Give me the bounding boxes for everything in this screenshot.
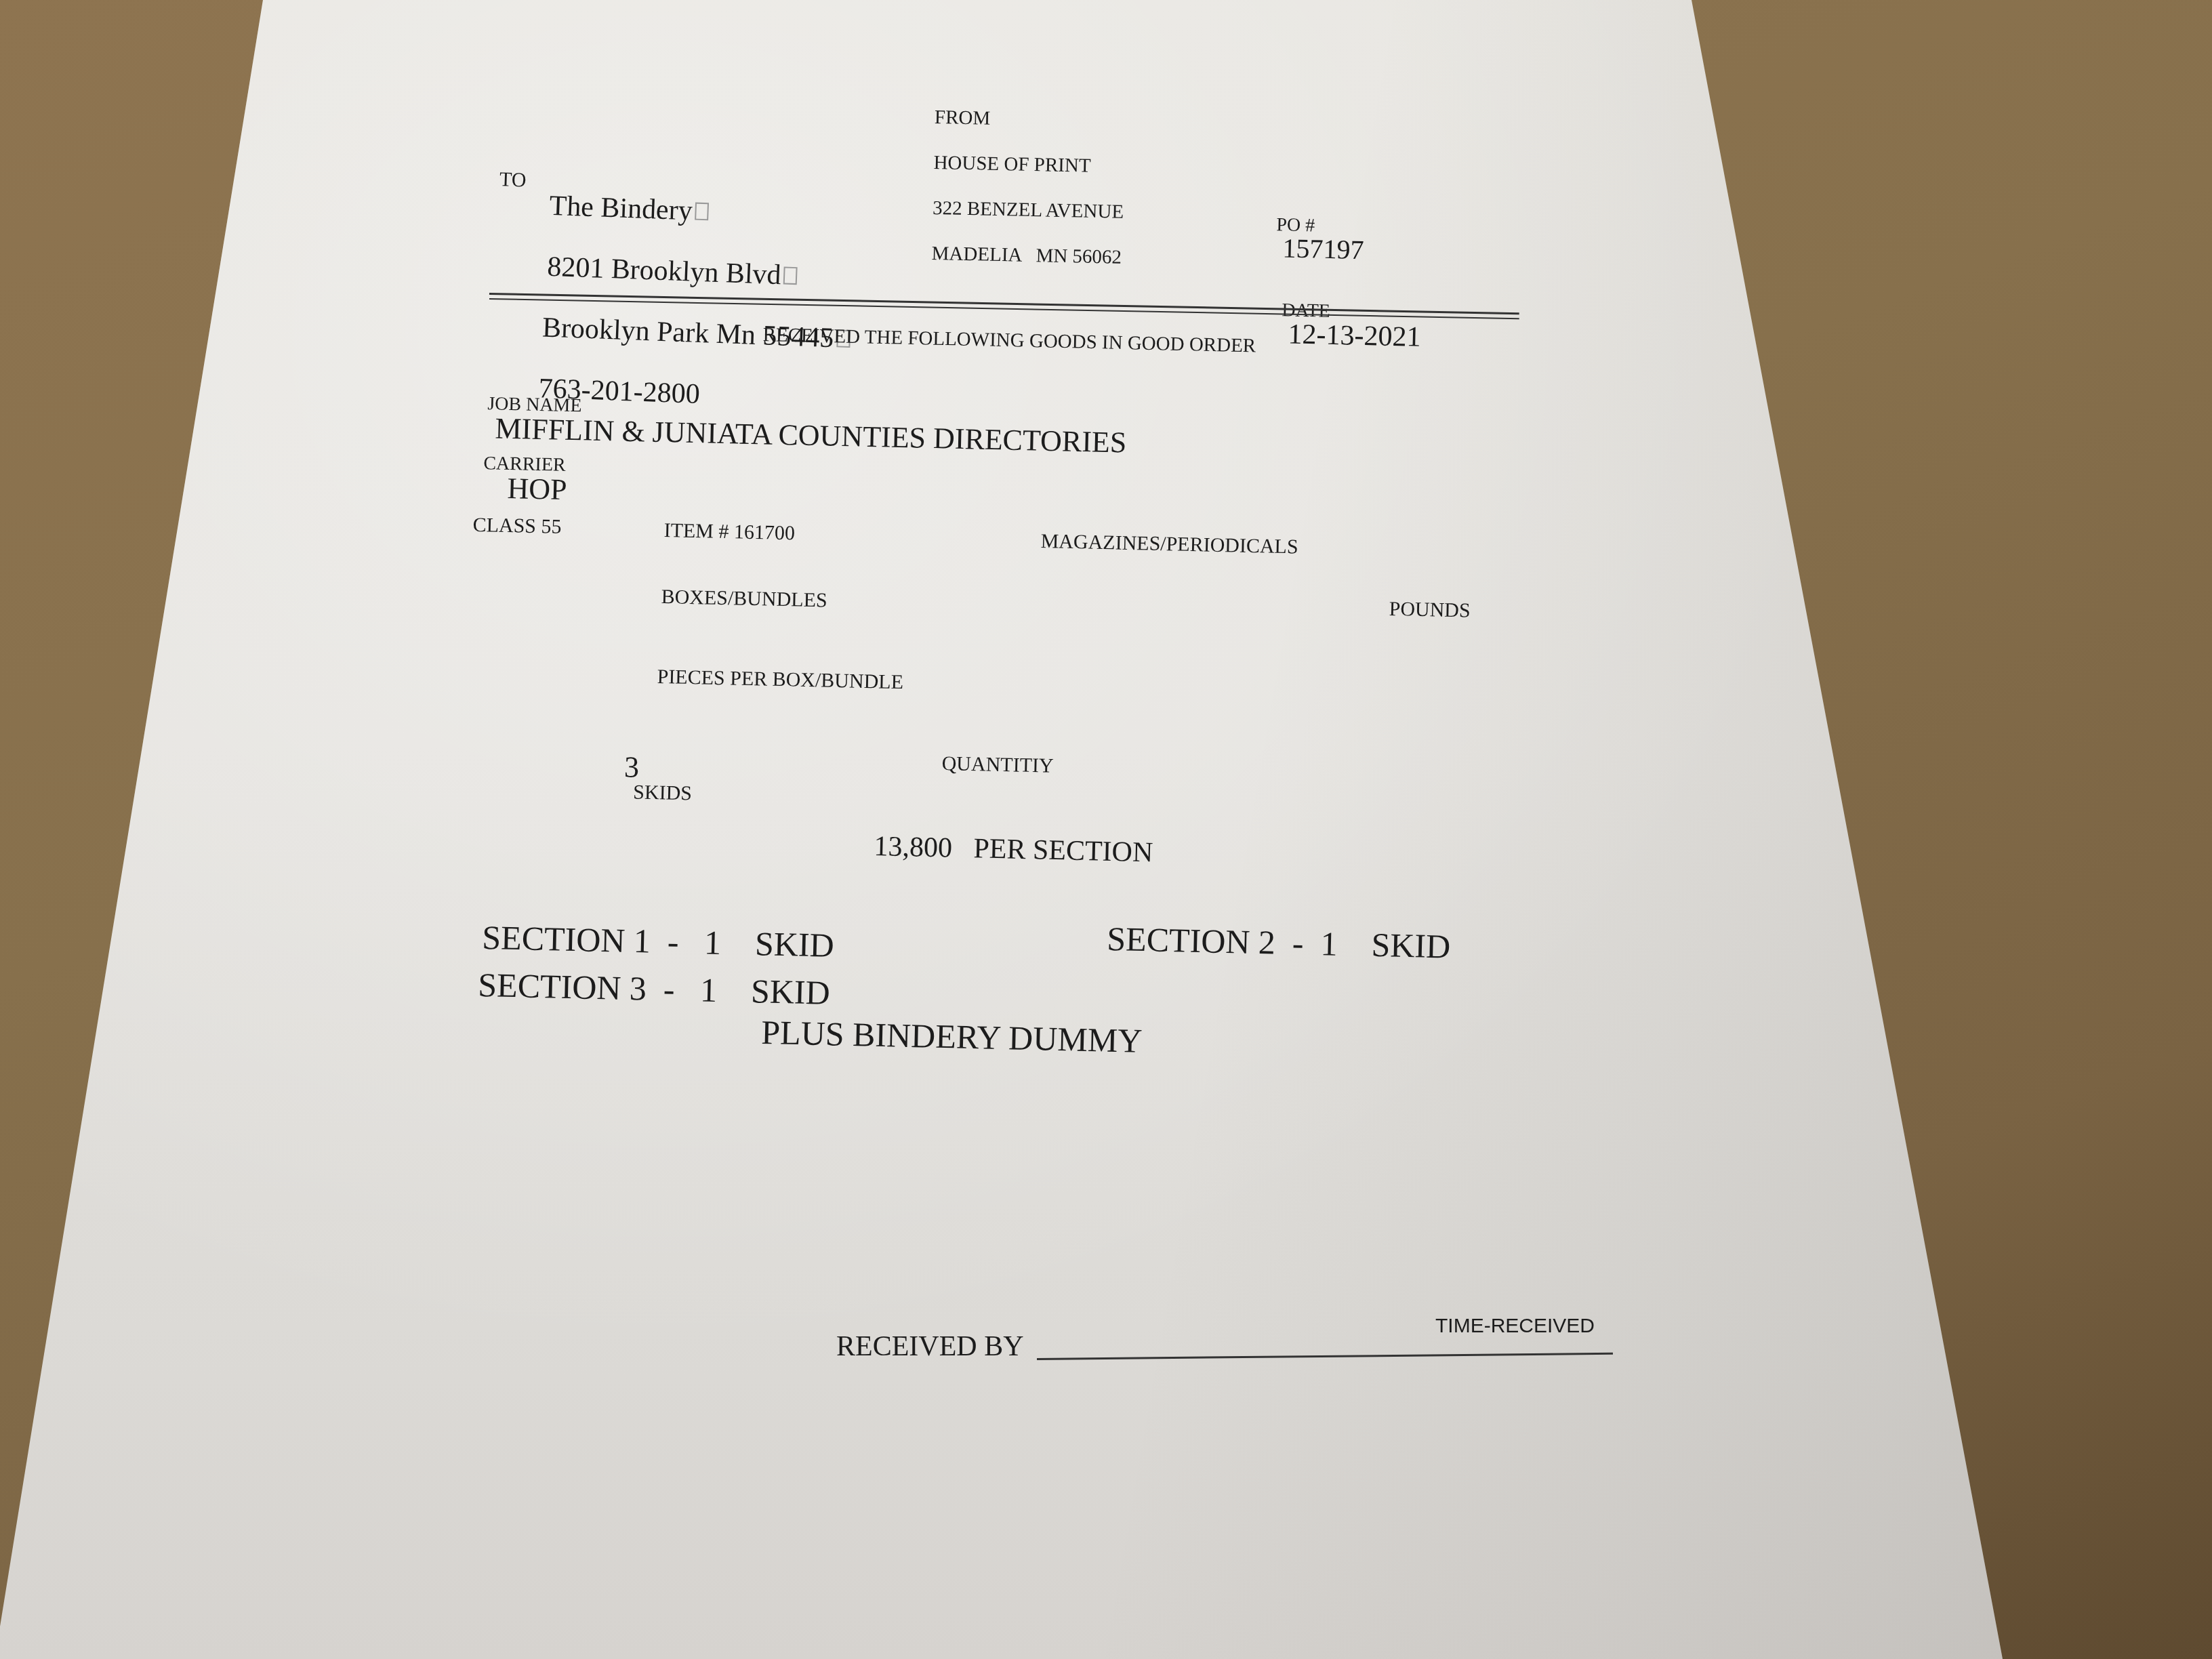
carrier-value: HOP xyxy=(507,472,567,506)
per-section-quantity: 13,800 PER SECTION xyxy=(874,832,1153,867)
section-1: SECTION 1 - 1 SKID xyxy=(482,920,834,962)
from-company: HOUSE OF PRINT xyxy=(933,151,1125,179)
skids-count: 3 xyxy=(624,750,640,783)
from-street: 322 BENZEL AVENUE xyxy=(933,197,1124,224)
to-name: The Bindery xyxy=(549,190,693,227)
pounds-label: POUNDS xyxy=(1389,599,1471,621)
skids-row: 3 SKIDS xyxy=(618,741,693,804)
quantity-label: QUANTITIY xyxy=(941,754,1054,777)
from-label: FROM xyxy=(935,106,1126,134)
to-street: 8201 Brooklyn Blvd xyxy=(547,251,782,291)
from-address: FROM HOUSE OF PRINT 322 BENZEL AVENUE MA… xyxy=(931,84,1126,281)
class-label: CLASS 55 xyxy=(472,515,562,537)
to-label: TO xyxy=(499,169,527,190)
item-number: ITEM # 161700 xyxy=(663,520,795,544)
date-field: DATE 12-13-2021 xyxy=(1275,290,1422,352)
skids-label: SKIDS xyxy=(633,781,692,804)
missing-glyph-icon xyxy=(695,203,709,221)
to-address: TO The Bindery 8201 Brooklyn Blvd Brookl… xyxy=(499,163,506,195)
missing-glyph-icon xyxy=(783,266,798,285)
section-2: SECTION 2 - 1 SKID xyxy=(1107,922,1451,963)
boxes-bundles-label: BOXES/BUNDLES xyxy=(661,587,827,611)
carrier-row: CARRIER HOP xyxy=(477,443,568,505)
from-city: MADELIA MN 56062 xyxy=(931,242,1123,270)
extra-note: PLUS BINDERY DUMMY xyxy=(761,1015,1143,1058)
po-number: PO # 157197 xyxy=(1270,205,1365,264)
section-3: SECTION 3 - 1 SKID xyxy=(478,968,830,1010)
received-by-label: RECEIVED BY xyxy=(836,1332,1024,1361)
time-received-label: TIME-RECEIVED xyxy=(1435,1316,1595,1336)
